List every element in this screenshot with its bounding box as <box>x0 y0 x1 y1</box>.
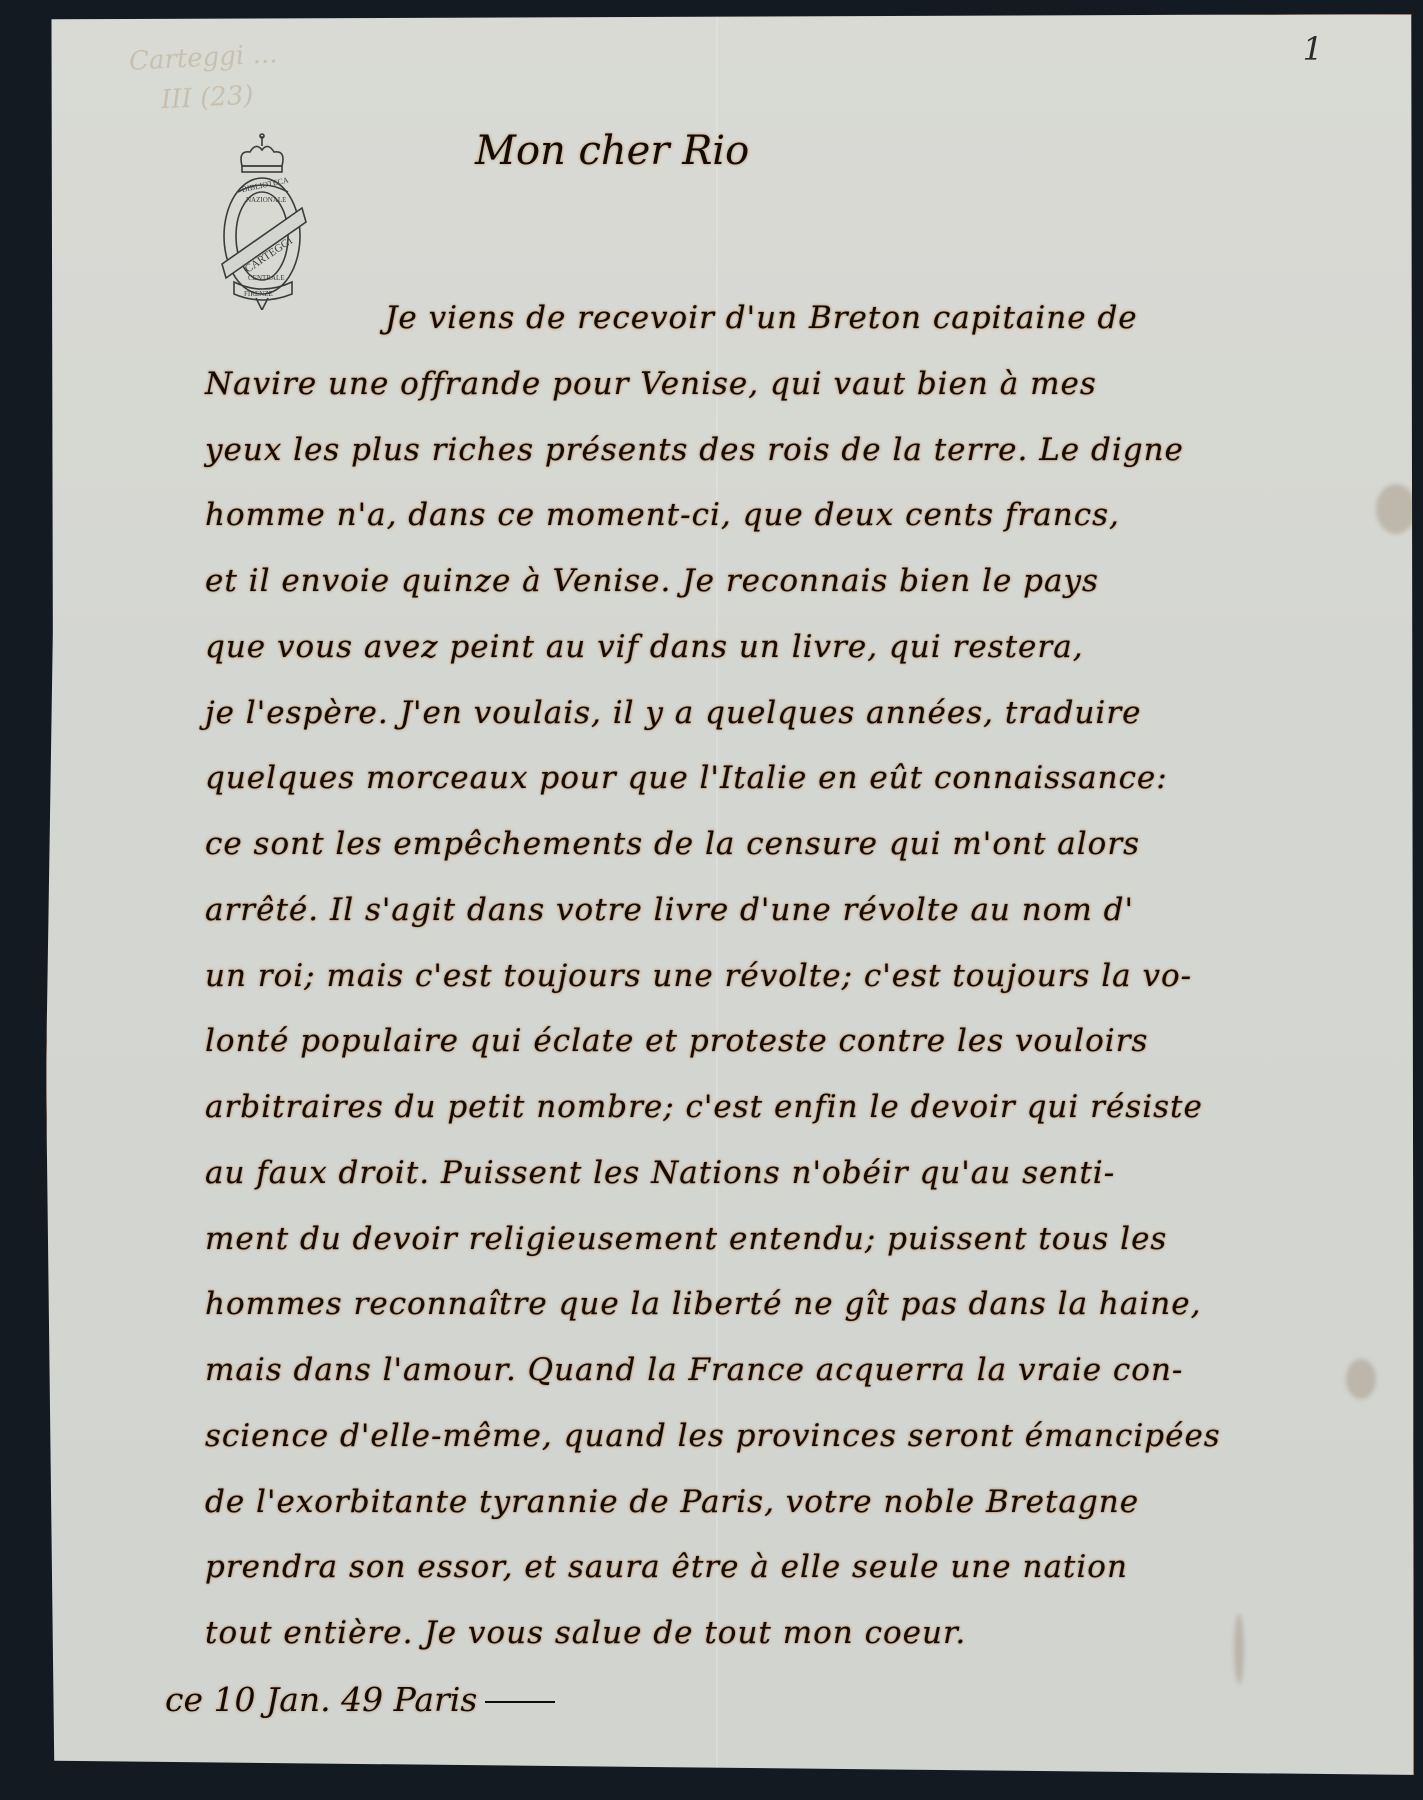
date-place: ce 10 Jan. 49 Paris <box>165 1680 477 1719</box>
body-line: Navire une offrande pour Venise, qui vau… <box>205 366 1097 402</box>
body-line: je l'espère. J'en voulais, il y a quelqu… <box>205 695 1142 731</box>
body-line: arrêté. Il s'agit dans votre livre d'une… <box>205 892 1134 928</box>
salutation: Mon cher Rio <box>475 128 749 174</box>
body-line: un roi; mais c'est toujours une révolte;… <box>205 958 1192 994</box>
body-line: au faux droit. Puissent les Nations n'ob… <box>205 1155 1115 1191</box>
letter-body: Mon cher Rio Je viens de recevoir d'un B… <box>0 0 1423 1800</box>
body-line: hommes reconnaître que la liberté ne gît… <box>205 1286 1201 1322</box>
body-line: Je viens de recevoir d'un Breton capitai… <box>385 300 1138 336</box>
body-line: de l'exorbitante tyrannie de Paris, votr… <box>205 1484 1139 1520</box>
body-line: science d'elle-même, quand les provinces… <box>205 1418 1221 1454</box>
date-line: ce 10 Jan. 49 Paris <box>165 1680 555 1719</box>
body-line: ce sont les empêchements de la censure q… <box>205 826 1140 862</box>
body-line: lonté populaire qui éclate et proteste c… <box>205 1023 1148 1059</box>
closing-dash <box>485 1701 555 1703</box>
body-line: ment du devoir religieusement entendu; p… <box>205 1221 1167 1257</box>
body-line: prendra son essor, et saura être à elle … <box>205 1549 1128 1585</box>
body-line: homme n'a, dans ce moment-ci, que deux c… <box>205 497 1120 533</box>
body-line: mais dans l'amour. Quand la France acque… <box>205 1352 1183 1388</box>
body-line: que vous avez peint au vif dans un livre… <box>205 629 1084 665</box>
body-line-final: tout entière. Je vous salue de tout mon … <box>205 1615 966 1651</box>
body-line: quelques morceaux pour que l'Italie en e… <box>205 760 1168 796</box>
body-line: et il envoie quinze à Venise. Je reconna… <box>205 563 1099 599</box>
body-line: yeux les plus riches présents des rois d… <box>205 432 1184 468</box>
body-line: arbitraires du petit nombre; c'est enfin… <box>205 1089 1203 1125</box>
